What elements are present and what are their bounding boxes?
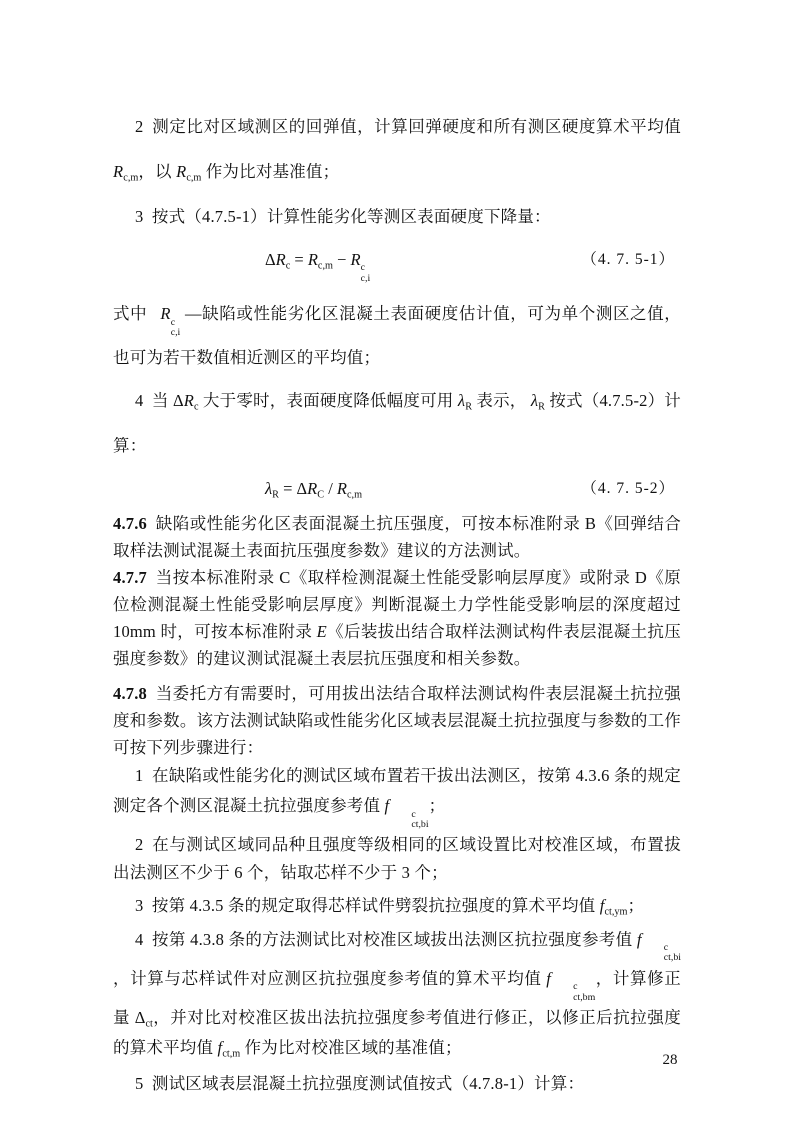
- clause-4-7-7: 4.7.7 当按本标准附录 C《取样检测混凝土性能受影响层厚度》或附录 D《原位…: [113, 564, 681, 672]
- equation-number-4-7-5-1: （4. 7. 5-1）: [581, 245, 675, 275]
- formula-expression: ΔRc = Rc,m − Rcc,i: [265, 250, 370, 269]
- document-page: 2 测定比对区域测区的回弹值，计算回弹硬度和所有测区硬度算术平均值 Rc,m，以…: [0, 0, 794, 1123]
- step-5: 5 测试区域表层混凝土抗拉强度测试值按式（4.7.8-1）计算：: [113, 1069, 681, 1099]
- step-2: 2 在与测试区域同品种且强度等级相同的区域设置比对校准区域，布置拔出法测区不少于…: [113, 831, 681, 887]
- clause-4-7-6: 4.7.6 缺陷或性能劣化区表面混凝土抗压强度，可按本标准附录 B《回弹结合取样…: [113, 510, 681, 564]
- step-4: 4 按第 4.3.8 条的方法测试比对校准区域拔出法测区抗拉强度参考值 fcct…: [113, 925, 681, 1063]
- list-item-2: 2 测定比对区域测区的回弹值，计算回弹硬度和所有测区硬度算术平均值 Rc,m，以…: [113, 104, 681, 194]
- formula-4-7-5-2: λR = ΔRC / Rc,m （4. 7. 5-2）: [113, 474, 681, 504]
- equation-number-4-7-5-2: （4. 7. 5-2）: [581, 474, 675, 504]
- page-number: 28: [655, 1052, 685, 1069]
- content-area: 2 测定比对区域测区的回弹值，计算回弹硬度和所有测区硬度算术平均值 Rc,m，以…: [113, 104, 681, 1099]
- clause-4-7-8: 4.7.8 当委托方有需要时，可用拔出法结合取样法测试构件表层混凝土抗拉强度和参…: [113, 680, 681, 761]
- step-3: 3 按第 4.3.5 条的规定取得芯样试件劈裂抗拉强度的算术平均值 fct,ym…: [113, 891, 681, 921]
- list-item-4: 4 当 ΔRc 大于零时，表面硬度降低幅度可用 λR 表示， λR 按式（4.7…: [113, 378, 681, 468]
- list-item-3: 3 按式（4.7.5-1）计算性能劣化等测区表面硬度下降量：: [113, 194, 681, 239]
- step-1: 1 在缺陷或性能劣化的测试区域布置若干拔出法测区，按第 4.3.6 条的规定测定…: [113, 761, 681, 830]
- formula-4-7-5-1: ΔRc = Rc,m − Rcc,i （4. 7. 5-1）: [113, 245, 681, 284]
- symbol-explanation: 式中 Rcc,i —缺陷或性能劣化区混凝土表面硬度估计值，可为单个测区之值，也可…: [113, 294, 681, 378]
- formula-expression: λR = ΔRC / Rc,m: [265, 479, 362, 498]
